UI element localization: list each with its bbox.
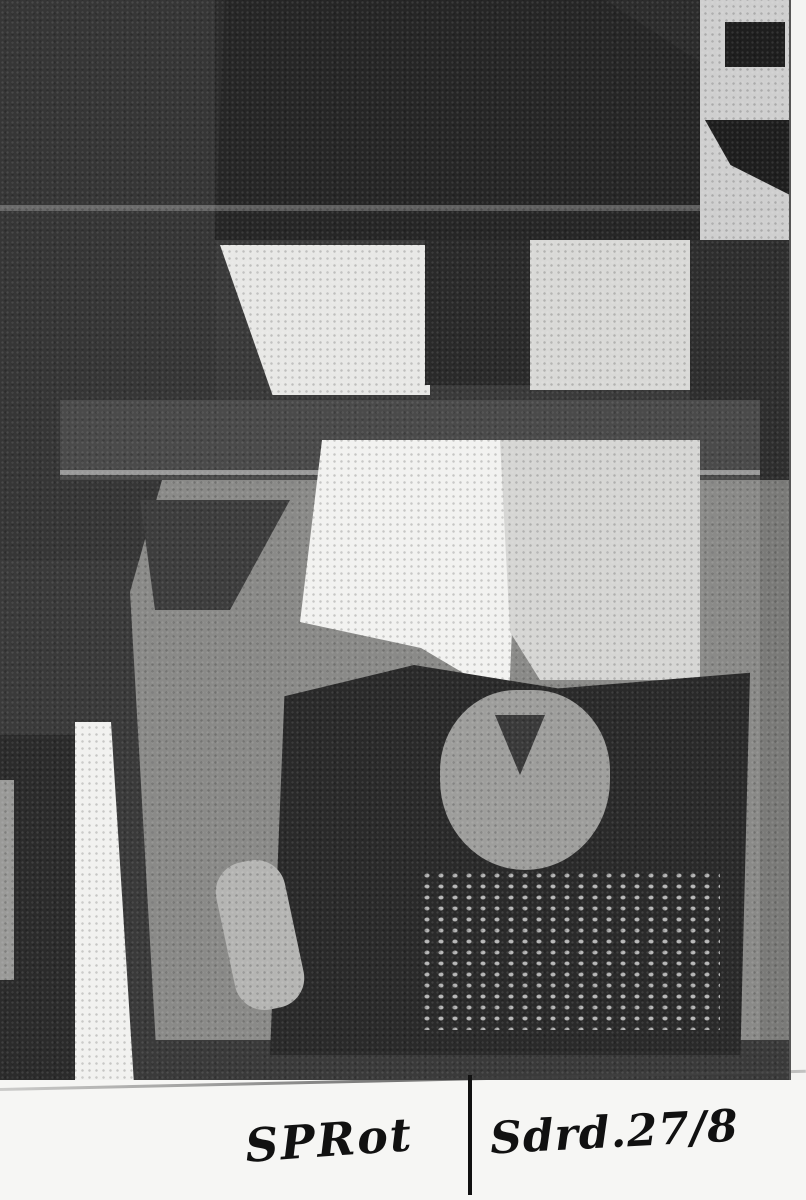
fold-crease xyxy=(0,205,790,211)
shirt-left xyxy=(220,245,430,395)
photograph xyxy=(0,0,790,1080)
white-gap xyxy=(75,560,135,1080)
handwritten-annotation: SPRot Sdrd.27/8 xyxy=(230,1105,790,1195)
pen-stroke xyxy=(468,1075,472,1195)
tie xyxy=(425,240,530,385)
left-frame-inner xyxy=(0,780,14,980)
right-edge xyxy=(760,480,790,1040)
annotation-line-2: Sdrd.27/8 xyxy=(489,1101,740,1165)
annotation-line-1: SPRot xyxy=(243,1107,414,1173)
background-post xyxy=(725,22,785,67)
page-margin-right xyxy=(790,0,806,1080)
hair-highlights xyxy=(420,870,720,1030)
collar-right xyxy=(500,440,700,680)
photo-border xyxy=(789,0,791,1080)
shirt-right xyxy=(530,240,695,390)
hat-region xyxy=(215,0,715,240)
